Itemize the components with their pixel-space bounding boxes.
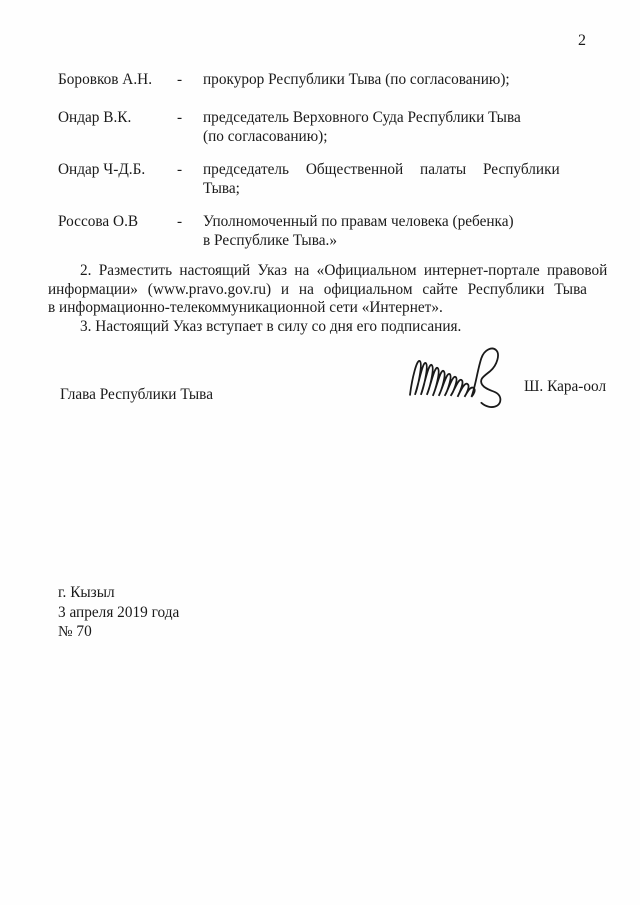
member-name: Ондар Ч-Д.Б.	[58, 160, 177, 198]
member-name: Россова О.В	[58, 212, 177, 250]
member-name: Ондар В.К.	[58, 108, 177, 146]
footer-doc-number: № 70	[58, 622, 179, 642]
member-row: Россова О.В - Уполномоченный по правам ч…	[58, 212, 588, 250]
member-name: Боровков А.Н.	[58, 70, 177, 89]
signatory-title: Глава Республики Тыва	[60, 385, 213, 404]
member-position: Уполномоченный по правам человека (ребен…	[203, 212, 588, 250]
position-line: прокурор Республики Тыва (по согласовани…	[203, 70, 588, 89]
member-dash: -	[177, 108, 203, 146]
member-position: председатель Верховного Суда Республики …	[203, 108, 588, 146]
paragraph-2-line: информации» (www.pravo.gov.ru) и на офиц…	[48, 281, 588, 300]
member-row: Ондар В.К. - председатель Верховного Суд…	[58, 108, 588, 146]
footer-block: г. Кызыл 3 апреля 2019 года № 70	[58, 583, 179, 642]
paragraph-2-line: в информационно-телекоммуникационной сет…	[48, 299, 588, 318]
page-number: 2	[578, 31, 586, 50]
footer-city: г. Кызыл	[58, 583, 179, 603]
member-position: прокурор Республики Тыва (по согласовани…	[203, 70, 588, 89]
position-line: (по согласованию);	[203, 127, 588, 146]
members-list: Боровков А.Н. - прокурор Республики Тыва…	[58, 70, 588, 250]
footer-date: 3 апреля 2019 года	[58, 603, 179, 623]
member-row: Боровков А.Н. - прокурор Республики Тыва…	[58, 70, 588, 89]
document-page: 2 Боровков А.Н. - прокурор Республики Ты…	[0, 0, 640, 905]
member-dash: -	[177, 212, 203, 250]
member-position: председатель Общественной палаты Республ…	[203, 160, 588, 198]
paragraph-2-line: 2. Разместить настоящий Указ на «Официал…	[48, 262, 588, 281]
member-dash: -	[177, 70, 203, 89]
member-dash: -	[177, 160, 203, 198]
position-line: председатель Верховного Суда Республики …	[203, 108, 588, 127]
position-line: в Республике Тыва.»	[203, 231, 588, 250]
signature-image	[408, 344, 522, 414]
paragraph-3: 3. Настоящий Указ вступает в силу со дня…	[48, 318, 588, 337]
position-line: председатель Общественной палаты Республ…	[203, 160, 588, 179]
body-paragraphs: 2. Разместить настоящий Указ на «Официал…	[48, 262, 588, 337]
position-line: Уполномоченный по правам человека (ребен…	[203, 212, 588, 231]
member-row: Ондар Ч-Д.Б. - председатель Общественной…	[58, 160, 588, 198]
signatory-name: Ш. Кара-оол	[524, 377, 606, 396]
position-line: Тыва;	[203, 179, 588, 198]
